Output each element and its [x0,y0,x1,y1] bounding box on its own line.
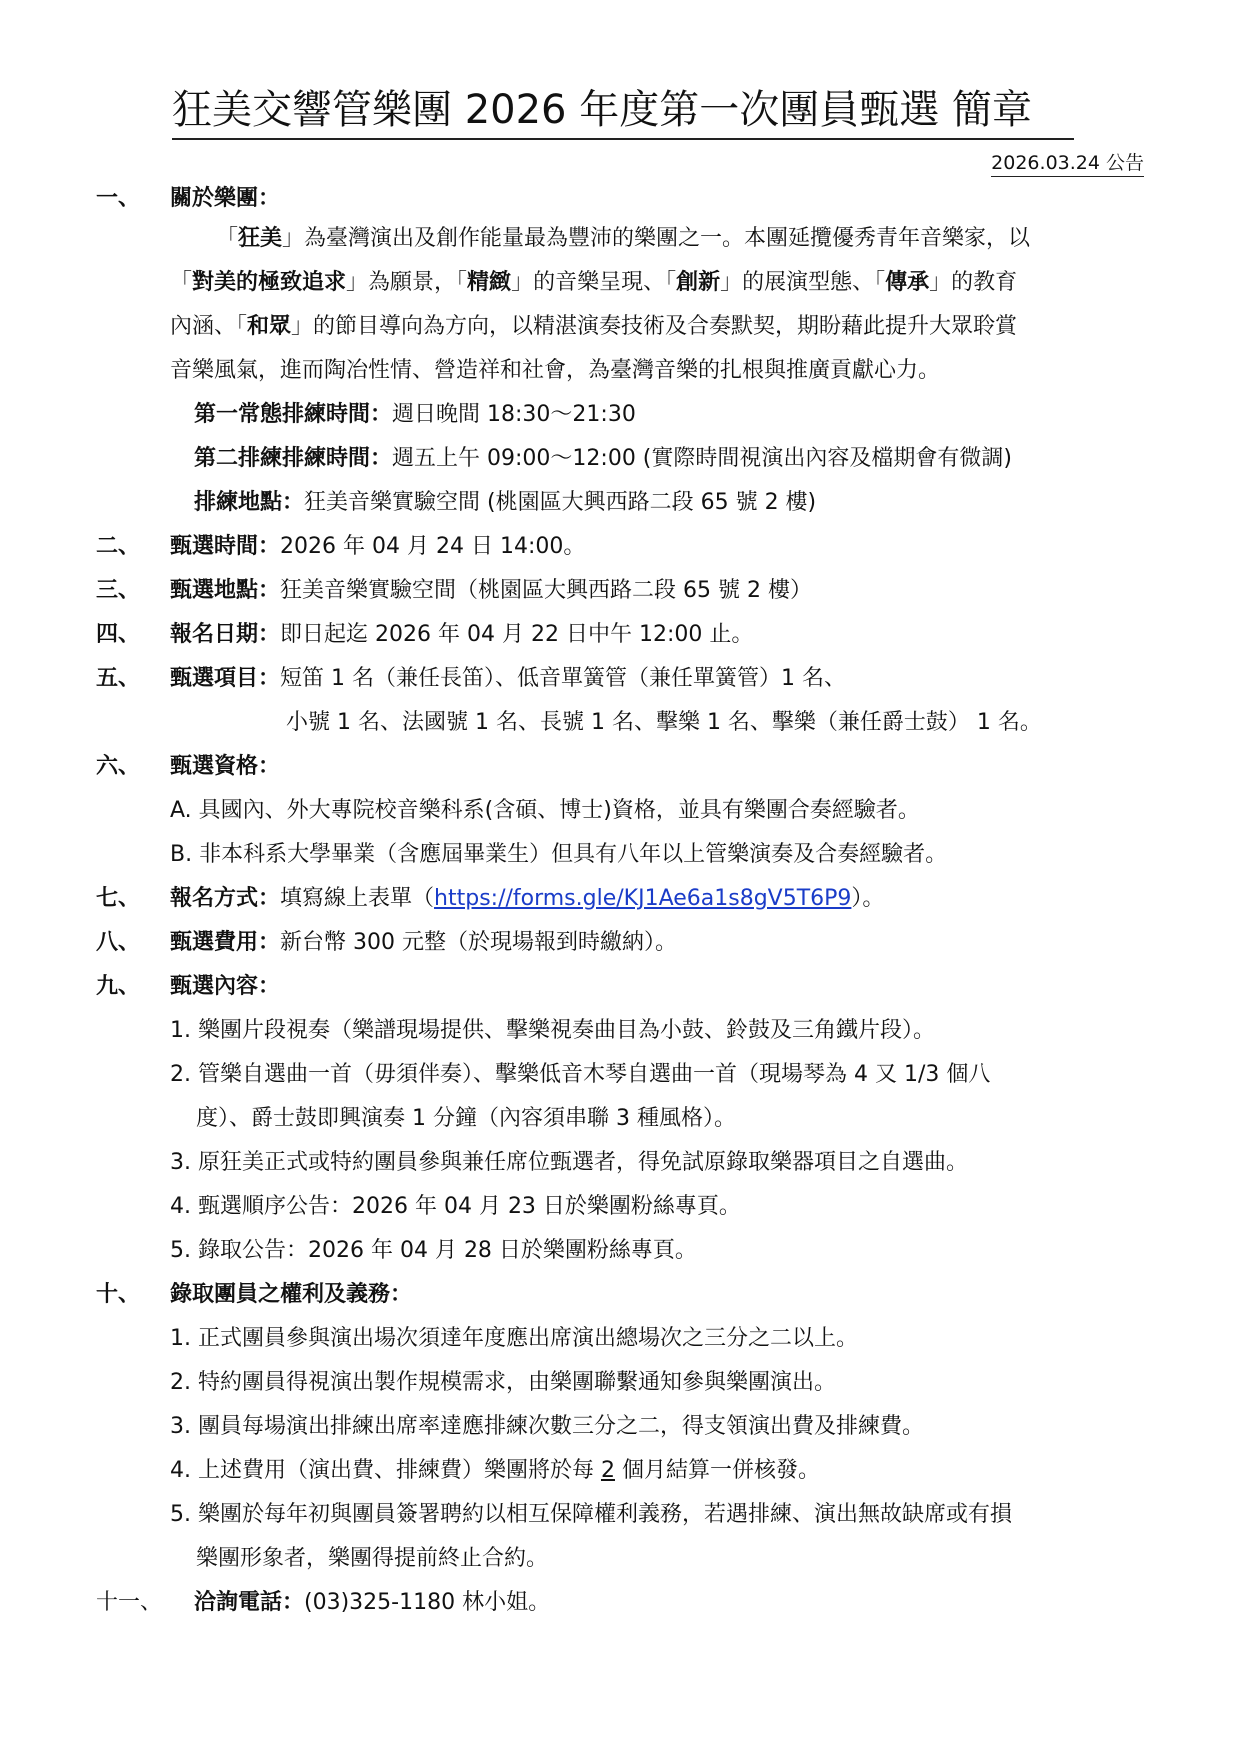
rehearsal-location: 排練地點：狂美音樂實驗空間 (桃園區大興西路二段 65 號 2 樓) [194,488,816,518]
value: 短笛 1 名（兼任長笛）、低音單簧管（兼任單簧管）1 名、 [280,666,846,691]
section-heading: 甄選內容： [170,972,280,1002]
rehearsal-time-2: 第二排練排練時間：週五上午 09:00～12:00 (實際時間視演出內容及檔期會… [194,444,1012,474]
title-underline [172,138,1074,140]
about-para-line-3: 內涵、「和眾」的節目導向為方向，以精湛演奏技術及合奏默契，期盼藉此提升大眾聆賞 [170,312,1017,342]
section-heading: 錄取團員之權利及義務： [170,1280,412,1310]
text: 」的教育 [929,270,1017,295]
section-number: 四、 [96,620,140,650]
text: 」的節目導向為方向，以精湛演奏技術及合奏默契，期盼藉此提升大眾聆賞 [291,314,1017,339]
label: 甄選項目： [170,666,280,691]
content-item-2-cont: 度）、爵士鼓即興演奏 1 分鐘（內容須串聯 3 種風格）。 [196,1104,736,1134]
about-para-line-4: 音樂風氣，進而陶冶性情、營造祥和社會，為臺灣音樂的扎根與推廣貢獻心力。 [170,356,940,386]
value: 新台幣 300 元整（於現場報到時繳納）。 [280,930,677,955]
value: 即日起迄 2026 年 04 月 22 日中午 12:00 止。 [280,622,753,647]
label: 第一常態排練時間： [194,402,392,427]
content-item-4: 4. 甄選順序公告：2026 年 04 月 23 日於樂團粉絲專頁。 [170,1192,741,1222]
emphasis: 狂美 [238,226,282,251]
value: 2026 年 04 月 24 日 14:00。 [280,534,585,559]
text: 4. 上述費用（演出費、排練費）樂團將於每 [170,1458,601,1483]
emphasis: 傳承 [885,270,929,295]
value: 狂美音樂實驗空間 (桃園區大興西路二段 65 號 2 樓) [304,490,816,515]
text: 內涵、「 [170,314,247,339]
label: 報名方式： [170,886,280,911]
label: 排練地點： [194,490,304,515]
label: 第二排練排練時間： [194,446,392,471]
text: 個月結算一併核發。 [615,1458,820,1483]
section-number: 十、 [96,1280,140,1310]
rehearsal-time-1: 第一常態排練時間：週日晚間 18:30～21:30 [194,400,636,430]
emphasis: 精緻 [467,270,511,295]
content-item-5: 5. 錄取公告：2026 年 04 月 28 日於樂團粉絲專頁。 [170,1236,697,1266]
section-number: 九、 [96,972,140,1002]
announcement-date: 2026.03.24 公告 [991,150,1144,177]
label: 甄選費用： [170,930,280,955]
content-item-3: 3. 原狂美正式或特約團員參與兼任席位甄選者，得免試原錄取樂器項目之自選曲。 [170,1148,968,1178]
label: 甄選地點： [170,578,280,603]
section-number: 五、 [96,664,140,694]
text: 」的音樂呈現、「 [511,270,676,295]
section-number: 二、 [96,532,140,562]
emphasis: 對美的極致追求 [192,270,346,295]
section-number: 七、 [96,884,140,914]
section-number: 十一、 [96,1588,162,1618]
section-heading: 甄選資格： [170,752,280,782]
value: 週五上午 09:00～12:00 (實際時間視演出內容及檔期會有微調) [392,446,1012,471]
content-item-2: 2. 管樂自選曲一首（毋須伴奏）、擊樂低音木琴自選曲一首（現場琴為 4 又 1/… [170,1060,990,1090]
qualification-b: B. 非本科系大學畢業（含應屆畢業生）但具有八年以上管樂演奏及合奏經驗者。 [170,840,947,870]
content-item-1: 1. 樂團片段視奏（樂譜現場提供、擊樂視奏曲目為小鼓、鈴鼓及三角鐵片段）。 [170,1016,935,1046]
months-count: 2 [601,1458,615,1483]
contact-phone: (03)325-1180 林小姐。 [304,1590,550,1615]
section-heading: 關於樂團： [170,184,280,214]
registration-form-link[interactable]: https://forms.gle/KJ1Ae6a1s8gV5T6P9 [434,886,851,911]
value: 狂美音樂實驗空間（桃園區大興西路二段 65 號 2 樓） [280,578,812,603]
emphasis: 和眾 [247,314,291,339]
section-number: 三、 [96,576,140,606]
rights-item-1: 1. 正式團員參與演出場次須達年度應出席演出總場次之三分之二以上。 [170,1324,858,1354]
rights-item-4: 4. 上述費用（演出費、排練費）樂團將於每 2 個月結算一併核發。 [170,1456,820,1486]
text: 音樂風氣，進而陶冶性情、營造祥和社會，為臺灣音樂的扎根與推廣貢獻心力。 [170,358,940,383]
document-title: 狂美交響管樂團 2026 年度第一次團員甄選 簡章 [172,84,1072,136]
text: ）。 [851,886,884,911]
about-para-line-1: 「狂美」為臺灣演出及創作能量最為豐沛的樂團之一。本團延攬優秀青年音樂家，以 [216,224,1030,254]
text: 」的展演型態、「 [720,270,885,295]
text: 「 [216,226,238,251]
label: 甄選時間： [170,534,280,559]
text: 」為願景，「 [346,270,467,295]
section-number: 八、 [96,928,140,958]
label: 報名日期： [170,622,280,647]
section-number: 一、 [96,184,140,214]
section-number: 六、 [96,752,140,782]
text: 」為臺灣演出及創作能量最為豐沛的樂團之一。本團延攬優秀青年音樂家，以 [282,226,1030,251]
text: 「 [170,270,192,295]
text: 填寫線上表單（ [280,886,434,911]
value: 週日晚間 18:30～21:30 [392,402,636,427]
rights-item-5-cont: 樂團形象者，樂團得提前終止合約。 [196,1544,548,1574]
emphasis: 創新 [676,270,720,295]
rights-item-3: 3. 團員每場演出排練出席率達應排練次數三分之二，得支領演出費及排練費。 [170,1412,924,1442]
qualification-a: A. 具國內、外大專院校音樂科系(含碩、博士)資格，並具有樂團合奏經驗者。 [170,796,920,826]
rights-item-5: 5. 樂團於每年初與團員簽署聘約以相互保障權利義務，若遇排練、演出無故缺席或有損 [170,1500,1012,1530]
label: 洽詢電話： [194,1590,304,1615]
about-para-line-2: 「對美的極致追求」為願景，「精緻」的音樂呈現、「創新」的展演型態、「傳承」的教育 [170,268,1017,298]
section-5-cont: 小號 1 名、法國號 1 名、長號 1 名、擊樂 1 名、擊樂（兼任爵士鼓） 1… [286,708,1042,738]
rights-item-2: 2. 特約團員得視演出製作規模需求，由樂團聯繫通知參與樂團演出。 [170,1368,836,1398]
